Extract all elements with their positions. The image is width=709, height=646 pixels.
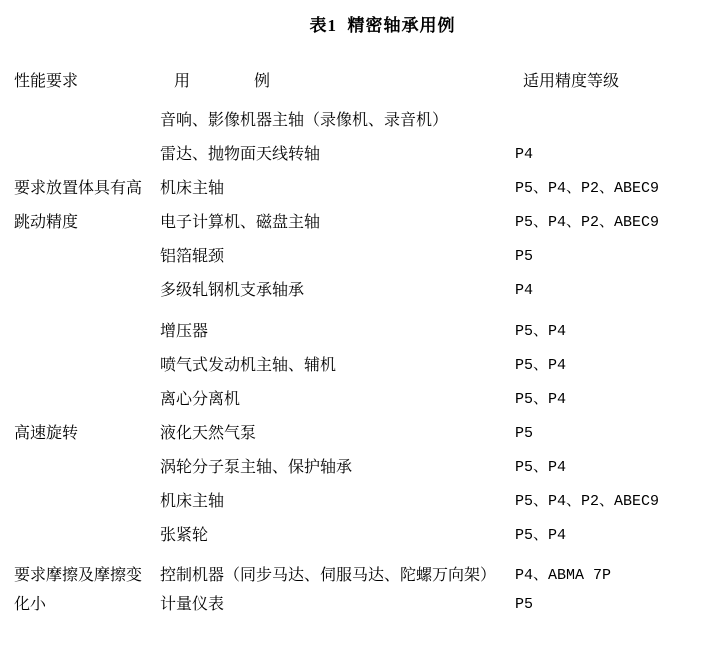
table-row: 离心分离机 P5、P4 [0,383,709,417]
usage-cell: 控制机器（同步马达、伺服马达、陀螺万向架） [160,565,515,587]
usage-cell: 多级轧钢机支承轴承 [160,280,515,302]
grade-cell: P5、P4 [515,389,709,411]
requirement-cell: 要求摩擦及摩擦变 [0,565,160,587]
usage-cell: 计量仪表 [160,594,515,616]
requirement-cell: 要求放置体具有高 [0,178,160,200]
usage-cell: 增压器 [160,321,515,343]
table-row: 喷气式发动机主轴、辅机 P5、P4 [0,349,709,383]
header-usage: 用 例 [160,71,515,93]
grade-cell: P5、P4、P2、ABEC9 [515,178,709,200]
usage-cell: 喷气式发动机主轴、辅机 [160,355,515,377]
usage-cell: 涡轮分子泵主轴、保护轴承 [160,457,515,479]
grade-cell: P5、P4 [515,321,709,343]
table-row: 涡轮分子泵主轴、保护轴承 P5、P4 [0,451,709,485]
requirement-cell: 跳动精度 [0,212,160,234]
table-row: 增压器 P5、P4 [0,315,709,349]
usage-cell: 电子计算机、磁盘主轴 [160,212,515,234]
grade-cell: P5 [515,594,709,616]
grade-cell: P5 [515,423,709,445]
usage-cell: 铝箔辊颈 [160,246,515,268]
requirement-cell: 化小 [0,594,160,616]
table-row: 雷达、抛物面天线转轴 P4 [0,138,709,172]
table-title: 表1 精密轴承用例 [0,15,709,37]
grade-cell: P4 [515,280,709,302]
header-performance-requirement: 性能要求 [0,71,160,93]
table-row: 高速旋转 液化天然气泵 P5 [0,417,709,451]
table-row: 化小 计量仪表 P5 [0,588,709,622]
grade-cell: P5 [515,246,709,268]
requirement-cell: 高速旋转 [0,423,160,445]
usage-cell: 机床主轴 [160,491,515,513]
usage-cell: 音响、影像机器主轴（录像机、录音机） [160,110,515,132]
header-applicable-grade: 适用精度等级 [515,71,709,93]
table-row: 音响、影像机器主轴（录像机、录音机） [0,104,709,138]
grade-cell: P5、P4 [515,457,709,479]
table-row: 多级轧钢机支承轴承 P4 [0,274,709,308]
header-usage-char-yong: 用 [174,71,190,93]
grade-cell: P5、P4 [515,355,709,377]
grade-cell: P4、ABMA 7P [515,565,709,587]
grade-cell: P5、P4 [515,525,709,547]
usage-cell: 张紧轮 [160,525,515,547]
table-row: 跳动精度 电子计算机、磁盘主轴 P5、P4、P2、ABEC9 [0,206,709,240]
usage-cell: 液化天然气泵 [160,423,515,445]
table-body: 音响、影像机器主轴（录像机、录音机） 雷达、抛物面天线转轴 P4 要求放置体具有… [0,104,709,622]
grade-cell: P4 [515,144,709,166]
grade-cell: P5、P4、P2、ABEC9 [515,491,709,513]
table-header-row: 性能要求 用 例 适用精度等级 [0,71,709,93]
table-row: 张紧轮 P5、P4 [0,519,709,553]
table-row: 铝箔辊颈 P5 [0,240,709,274]
header-usage-char-li: 例 [254,71,270,93]
usage-cell: 离心分离机 [160,389,515,411]
document-page: 表1 精密轴承用例 性能要求 用 例 适用精度等级 音响、影像机器主轴（录像机、… [0,0,709,646]
usage-cell: 机床主轴 [160,178,515,200]
usage-cell: 雷达、抛物面天线转轴 [160,144,515,166]
table-row: 机床主轴 P5、P4、P2、ABEC9 [0,485,709,519]
table-row: 要求放置体具有高 机床主轴 P5、P4、P2、ABEC9 [0,172,709,206]
grade-cell: P5、P4、P2、ABEC9 [515,212,709,234]
